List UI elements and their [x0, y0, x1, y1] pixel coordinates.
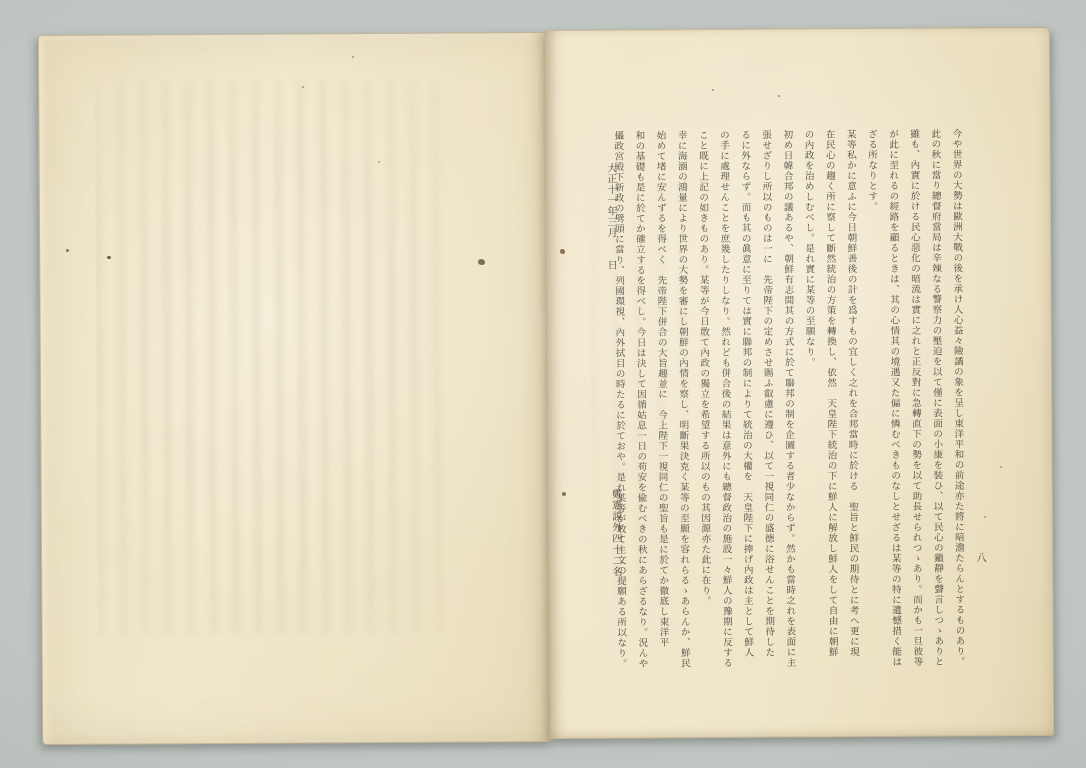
- text-column-3: 雖も、內實に於ける民心惡化の暗流は實に之れと正反對に急轉直下の勢を以て助長せられ…: [903, 129, 927, 675]
- text-column-7: 在民心の趨く所に察して斷然統治の方策を轉換し、依然 天皇陛下統治の下に鮮人に解放…: [818, 129, 842, 675]
- text-column-5: ざる所なりとす。: [861, 129, 885, 675]
- text-column-8: の內政を治めしむべし。是れ實に某等の至願なり。: [797, 129, 821, 675]
- text-column-10: 張せざりし所以のものは一に 先帝陛下の定めさせ賜ふ叡慮に遵ひ、以て一視同仁の盛德…: [755, 130, 779, 676]
- text-column-13: こと既に上記の如きものあり。某等が今日敢て內政の獨立を希望する所以のもの其因源亦…: [692, 130, 716, 676]
- text-column-15: 始めて堵に安んずるを得べく 先帝陛下併合の大旨趣並に 今上陛下一視同仁の聖旨も是…: [649, 130, 673, 676]
- text-column-1: 今や世界の大勢は歐洲大戰の後を承け人心益々險譎の象を呈し東洋平和の前途亦た將に暗…: [945, 128, 969, 674]
- text-column-14: 幸に海涵の鴻量により世界の大勢を審にし朝鮮の內情を察し、明斷果決克く某等の至願を…: [670, 130, 694, 676]
- date-line: 大正十一年三月 日: [599, 163, 622, 271]
- right-page-text: 今や世界の大勢は歐洲大戰の後を承け人心益々險譎の象を呈し東洋平和の前途亦た將に暗…: [545, 27, 1054, 739]
- page-number: 八: [974, 552, 988, 563]
- booklet-spread: 今や世界の大勢は歐洲大戰の後を承け人心益々險譎の象を呈し東洋平和の前途亦た將に暗…: [38, 27, 1053, 745]
- text-column-16: 和の基礎も是に於てか確立するを得べし。今日は決して因循姑息一日の苟安を偸むべきの…: [628, 130, 652, 676]
- vertical-text-block: 今や世界の大勢は歐洲大戰の後を承け人心益々險譎の象を呈し東洋平和の前途亦た將に暗…: [607, 128, 970, 676]
- text-column-6: 某等私かに意ふに今日朝鮮善後の計を爲すもの宜しく之れを合邦當時に於ける 聖旨と鮮…: [840, 129, 864, 675]
- signature-line: 鄭憲謨外四十二名: [604, 489, 627, 578]
- ink-showthrough: [94, 79, 449, 637]
- text-column-11: るに外ならず。而も其の眞意に至りては實に聯邦の制によりて統治の大權を 天皇陛下に…: [734, 130, 758, 676]
- text-column-9: 初め日韓合邦の議あるや、朝鮮有志間其の方式に於て聯邦の制を企圖する者少なからず。…: [776, 129, 800, 675]
- text-column-4: が此に至れるの經路を顧るときは、其の心情其の境遇又た偏に憐むべきものなしとせざる…: [882, 129, 906, 675]
- text-column-12: の手に處理せんことを庶幾したりしなり。然れども併合後の結果は意外にも總督政治の施…: [713, 130, 737, 676]
- text-column-2: 此の秋に當り總督府當局は辛辣なる警察力の壓迫を以て僅に表面の小康を裝ひ、以て民心…: [924, 129, 948, 675]
- scanned-document-photo: 今や世界の大勢は歐洲大戰の後を承け人心益々險譎の象を呈し東洋平和の前途亦た將に暗…: [0, 0, 1086, 768]
- left-page-blank: [38, 32, 552, 745]
